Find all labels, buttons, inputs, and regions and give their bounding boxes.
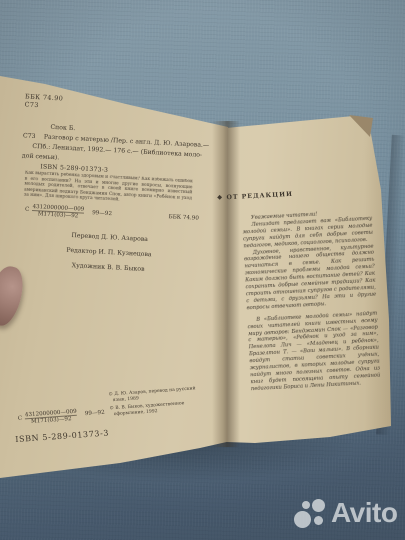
preface-paragraph: Духовное, нравственное, культурное возро…: [244, 243, 377, 312]
avito-logo-icon: [293, 496, 328, 530]
avito-watermark: Avito: [293, 496, 397, 530]
preface-body: Уважаемые читатели! Лениздат предлагает …: [242, 209, 381, 393]
bbk-classification: ББК 74.90 С73: [24, 93, 63, 111]
catalog-code: С 4312000000—009 М171(03)—92 99—92: [25, 204, 113, 222]
footer-catalog-code: С 4312000000—009 М171(03)—92 99—92: [17, 407, 105, 426]
copyright-block: © Д. Ю. Азаров, перевод на русский язык,…: [108, 386, 208, 422]
catalog-code-block: С 4312000000—009 М171(03)—92 99—92 ББК 7…: [25, 204, 199, 226]
credits-block: Перевод Д. Ю. Азарова Редактор И. П. Куз…: [48, 227, 170, 278]
code-fraction: 4312000000—009 М171(03)—92: [32, 204, 84, 220]
code-suffix: 99—92: [85, 409, 105, 416]
imprint-page-footer: © Д. Ю. Азаров, перевод на русский язык,…: [0, 376, 236, 482]
book-photo: ББК 74.90 С73 Спок Б. С73 Разговор с мат…: [0, 0, 405, 540]
code-prefix: С: [25, 206, 30, 212]
bbk-repeat: ББК 74.90: [168, 214, 199, 222]
code-fraction: 4312000000—009 М171(03)—92: [25, 409, 78, 426]
preface-page-content: ❖ ОТ РЕДАКЦИИ Уважаемые читатели! Ленизд…: [210, 95, 405, 444]
code-suffix: 99—92: [92, 210, 112, 217]
preface-heading: ❖ ОТ РЕДАКЦИИ: [217, 191, 293, 202]
isbn-footer: ISBN 5-289-01373-3: [15, 429, 109, 445]
preface-paragraph: В «Библиотеке молодой семьи» найдут свои…: [247, 310, 381, 393]
code-prefix: С: [18, 415, 23, 421]
avito-watermark-label: Avito: [331, 496, 397, 530]
catalog-index: С73: [23, 131, 36, 142]
imprint-page-content: ББК 74.90 С73 Спок Б. С73 Разговор с мат…: [0, 0, 240, 342]
code-denominator: М171(03)—92: [32, 210, 84, 220]
